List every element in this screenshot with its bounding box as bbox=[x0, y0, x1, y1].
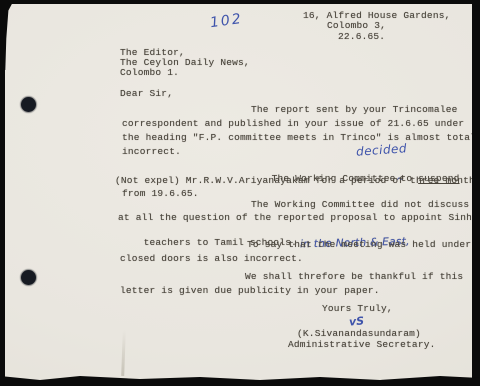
punch-hole-top bbox=[21, 97, 36, 112]
closing: Yours Truly, bbox=[322, 303, 393, 315]
scan-frame-top bbox=[0, 0, 480, 4]
paragraph-line: The report sent by your Trincomalee bbox=[251, 104, 458, 116]
paragraph-line: incorrect. bbox=[122, 146, 181, 158]
paragraph-line: correspondent and published in your issu… bbox=[122, 118, 464, 130]
paragraph-line: from 19.6.65. bbox=[122, 188, 199, 200]
paragraph-line: We shall threfore be thankful if this bbox=[245, 271, 463, 283]
paragraph-line: (Not expel) Mr.R.W.V.Ariyanayakam for a … bbox=[115, 175, 480, 187]
signature-scribble: vS bbox=[348, 314, 364, 328]
punch-hole-bottom bbox=[21, 270, 36, 285]
paragraph-line: at all the question of the reported prop… bbox=[118, 212, 480, 224]
paragraph-line: The Working Committee did not discuss bbox=[251, 199, 469, 211]
recipient-line: Colombo 1. bbox=[120, 67, 179, 79]
scanned-letter: 102 16, Alfred House Gardens, Colombo 3,… bbox=[0, 0, 480, 386]
paragraph-line: letter is given due publicity in your pa… bbox=[120, 285, 380, 297]
salutation: Dear Sir, bbox=[120, 88, 173, 100]
sender-address-line: 22.6.65. bbox=[338, 31, 385, 43]
signer-title: Administrative Secretary. bbox=[288, 339, 436, 351]
paragraph-line: closed doors is also incorrect. bbox=[120, 253, 303, 265]
paragraph-line: To say that the meeting was held under bbox=[247, 239, 471, 251]
paragraph-line: the heading "F.P. committee meets in Tri… bbox=[122, 132, 480, 144]
scan-frame-right bbox=[472, 0, 480, 386]
